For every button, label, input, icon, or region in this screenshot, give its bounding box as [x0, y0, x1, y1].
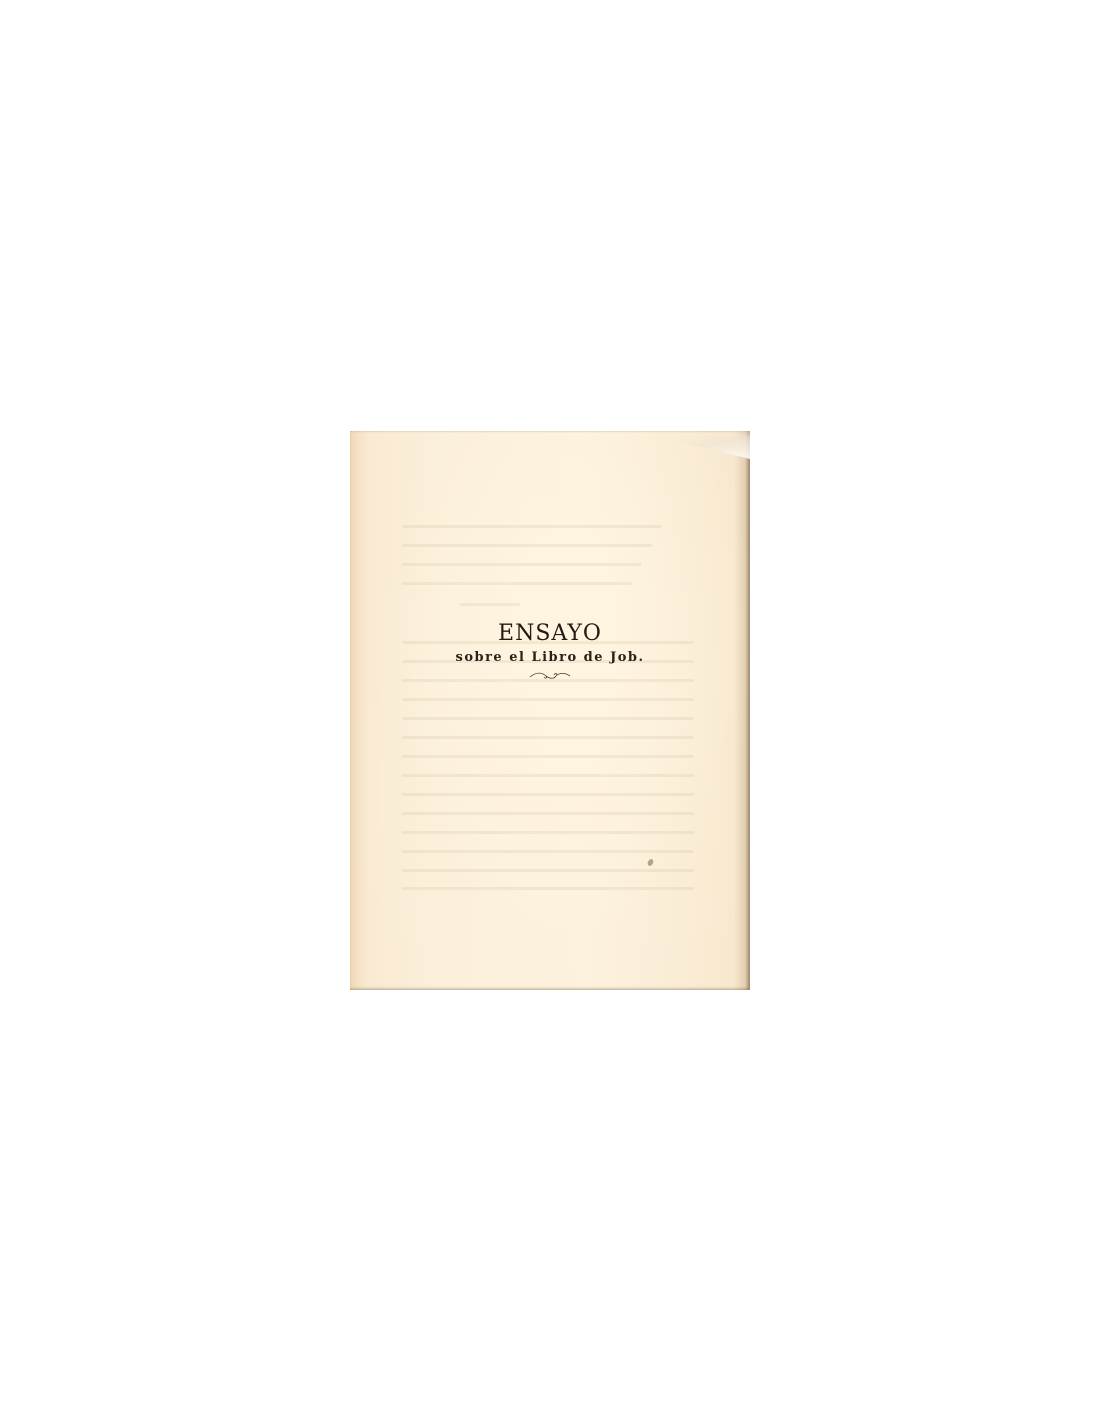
bleed-through-text-line	[402, 717, 694, 720]
flourish-ornament-icon	[528, 671, 572, 681]
bleed-through-text-line	[402, 812, 694, 815]
bleed-through-text-line	[460, 603, 520, 606]
bleed-through-text-line	[402, 869, 694, 872]
bleed-through-text-line	[402, 774, 694, 777]
bleed-through-text-line	[402, 887, 694, 890]
bleed-through-text-line	[402, 850, 694, 853]
ink-smudge	[647, 858, 654, 866]
document-subtitle: sobre el Libro de Job.	[350, 649, 750, 667]
document-title: ENSAYO	[350, 621, 750, 647]
bleed-through-text-line	[402, 525, 662, 528]
title-block: ENSAYO sobre el Libro de Job.	[350, 621, 750, 681]
bleed-through-text-line	[402, 563, 642, 566]
scanned-page: ENSAYO sobre el Libro de Job.	[350, 431, 750, 990]
page-corner-fold	[610, 431, 750, 459]
bleed-through-text-line	[402, 736, 694, 739]
bleed-through-text-line	[402, 831, 694, 834]
bleed-through-text-line	[402, 698, 694, 701]
bleed-through-text-line	[402, 544, 652, 547]
bleed-through-text-line	[402, 755, 694, 758]
bleed-through-text-line	[402, 582, 632, 585]
bleed-through-text-line	[402, 793, 694, 796]
